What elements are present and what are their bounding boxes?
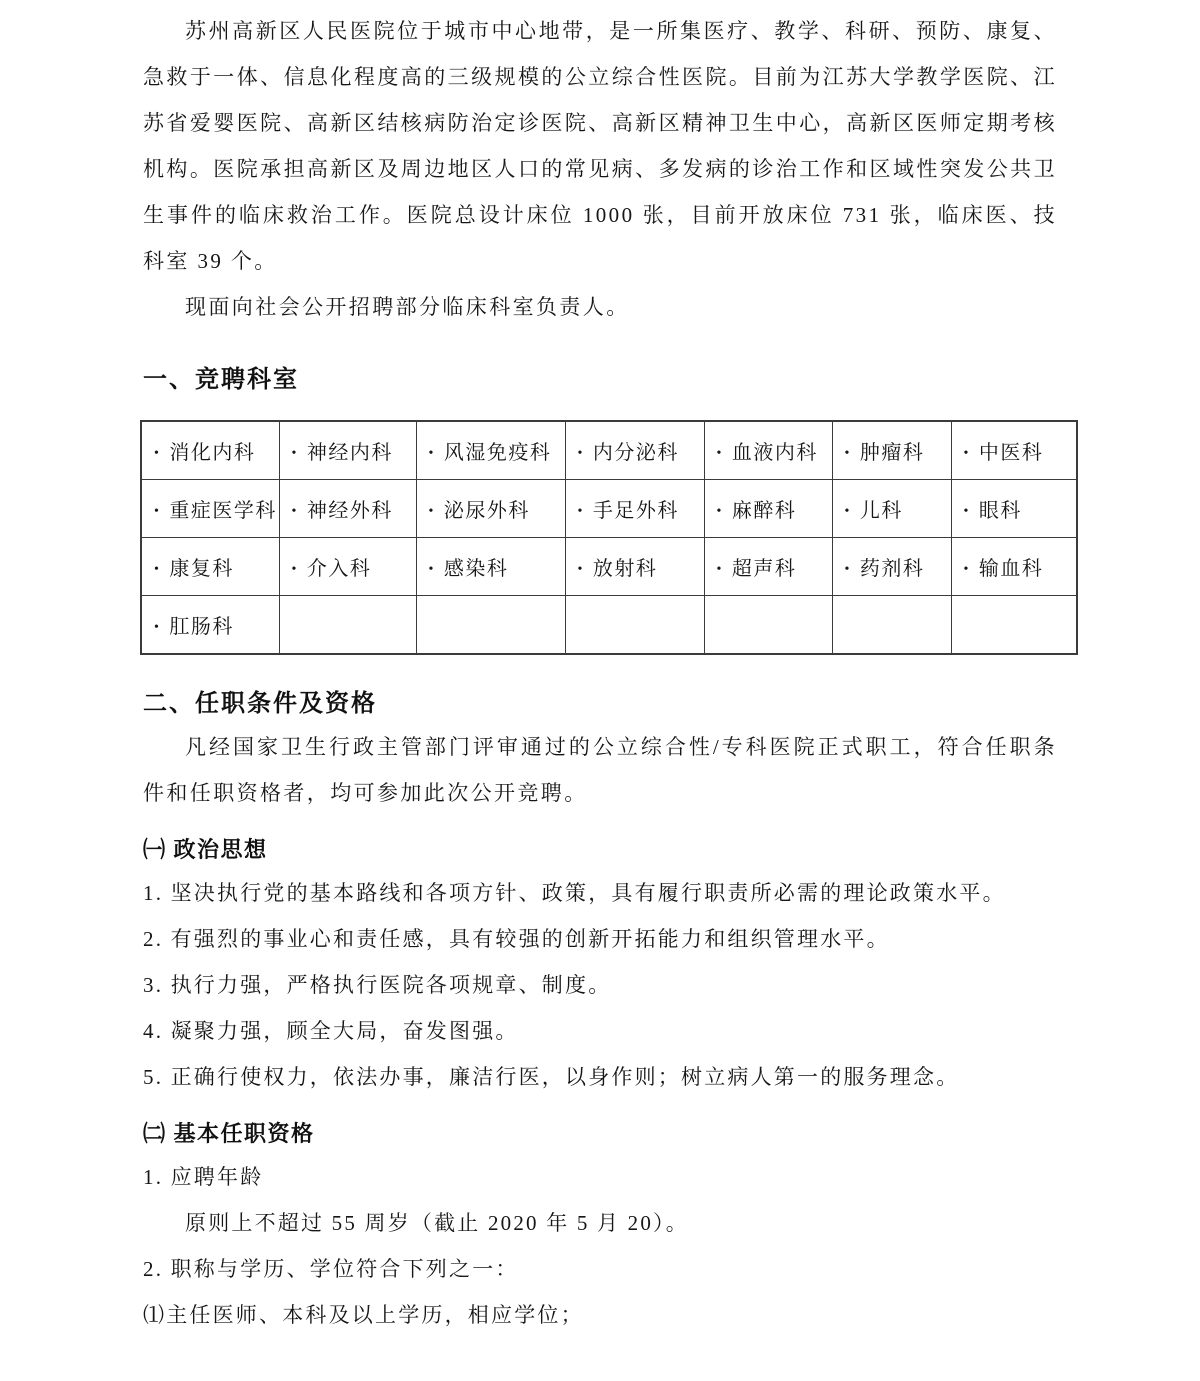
department-cell (704, 596, 832, 655)
bullet-icon: • (154, 562, 160, 578)
department-label: 肿瘤科 (860, 442, 925, 464)
bullet-icon: • (429, 562, 435, 578)
bullet-icon: • (845, 504, 851, 520)
section1-heading: 一、竞聘科室 (143, 360, 1057, 400)
bullet-icon: • (717, 504, 723, 520)
bullet-icon: • (154, 504, 160, 520)
list-item: 4. 凝聚力强，顾全大局，奋发图强。 (143, 1008, 1057, 1054)
department-label: 神经内科 (307, 442, 393, 464)
department-cell: •风湿免疫科 (416, 421, 565, 480)
bullet-icon: • (154, 446, 160, 462)
departments-table-body: •消化内科•神经内科•风湿免疫科•内分泌科•血液内科•肿瘤科•中医科•重症医学科… (141, 421, 1077, 654)
department-cell: •放射科 (565, 538, 704, 596)
bullet-icon: • (964, 504, 970, 520)
departments-table: •消化内科•神经内科•风湿免疫科•内分泌科•血液内科•肿瘤科•中医科•重症医学科… (140, 420, 1078, 655)
department-cell (951, 596, 1077, 655)
department-cell: •介入科 (279, 538, 416, 596)
list-item: 2. 职称与学历、学位符合下列之一： (143, 1246, 1057, 1292)
subsection1-heading: ㈠ 政治思想 (143, 830, 1057, 870)
department-label: 药剂科 (860, 558, 925, 580)
department-cell: •神经内科 (279, 421, 416, 480)
table-row: •消化内科•神经内科•风湿免疫科•内分泌科•血液内科•肿瘤科•中医科 (141, 421, 1077, 480)
department-label: 超声科 (732, 558, 797, 580)
department-cell: •肛肠科 (141, 596, 279, 655)
list-item: 原则上不超过 55 周岁（截止 2020 年 5 月 20）。 (143, 1200, 1057, 1246)
bullet-icon: • (578, 446, 584, 462)
department-label: 麻醉科 (732, 500, 797, 522)
bullet-icon: • (292, 446, 298, 462)
department-cell: •输血科 (951, 538, 1077, 596)
department-label: 手足外科 (593, 500, 679, 522)
subsection2-heading: ㈡ 基本任职资格 (143, 1114, 1057, 1154)
department-label: 消化内科 (169, 442, 255, 464)
bullet-icon: • (292, 562, 298, 578)
department-cell: •超声科 (704, 538, 832, 596)
department-label: 输血科 (979, 558, 1044, 580)
bullet-icon: • (578, 562, 584, 578)
department-cell: •血液内科 (704, 421, 832, 480)
political-requirements-list: 1. 坚决执行党的基本路线和各项方针、政策，具有履行职责所必需的理论政策水平。 … (143, 870, 1057, 1100)
bullet-icon: • (429, 504, 435, 520)
department-cell: •眼科 (951, 480, 1077, 538)
department-label: 神经外科 (307, 500, 393, 522)
department-label: 康复科 (169, 558, 234, 580)
bullet-icon: • (578, 504, 584, 520)
bullet-icon: • (429, 446, 435, 462)
department-label: 感染科 (444, 558, 509, 580)
intro-paragraph: 苏州高新区人民医院位于城市中心地带，是一所集医疗、教学、科研、预防、康复、急救于… (143, 8, 1057, 284)
department-label: 肛肠科 (169, 616, 234, 638)
department-cell (832, 596, 951, 655)
department-cell: •儿科 (832, 480, 951, 538)
department-cell: •麻醉科 (704, 480, 832, 538)
table-row: •重症医学科•神经外科•泌尿外科•手足外科•麻醉科•儿科•眼科 (141, 480, 1077, 538)
department-cell: •重症医学科 (141, 480, 279, 538)
bullet-icon: • (845, 446, 851, 462)
department-cell: •消化内科 (141, 421, 279, 480)
announcement-paragraph: 现面向社会公开招聘部分临床科室负责人。 (143, 284, 1057, 330)
table-row: •肛肠科 (141, 596, 1077, 655)
bullet-icon: • (292, 504, 298, 520)
department-label: 风湿免疫科 (444, 442, 552, 464)
bullet-icon: • (717, 562, 723, 578)
department-label: 血液内科 (732, 442, 818, 464)
department-cell (279, 596, 416, 655)
department-label: 重症医学科 (169, 500, 277, 522)
department-label: 介入科 (307, 558, 372, 580)
eligibility-paragraph: 凡经国家卫生行政主管部门评审通过的公立综合性/专科医院正式职工，符合任职条件和任… (143, 724, 1057, 816)
bullet-icon: • (845, 562, 851, 578)
bullet-icon: • (154, 620, 160, 636)
list-item: 1. 应聘年龄 (143, 1154, 1057, 1200)
department-cell: •手足外科 (565, 480, 704, 538)
department-label: 眼科 (979, 500, 1022, 522)
department-label: 泌尿外科 (444, 500, 530, 522)
department-cell: •药剂科 (832, 538, 951, 596)
department-cell: •康复科 (141, 538, 279, 596)
department-cell: •感染科 (416, 538, 565, 596)
basic-qualifications-list: 1. 应聘年龄 原则上不超过 55 周岁（截止 2020 年 5 月 20）。 … (143, 1154, 1057, 1338)
department-cell (565, 596, 704, 655)
list-item: 5. 正确行使权力，依法办事，廉洁行医，以身作则；树立病人第一的服务理念。 (143, 1054, 1057, 1100)
list-item: 3. 执行力强，严格执行医院各项规章、制度。 (143, 962, 1057, 1008)
bullet-icon: • (717, 446, 723, 462)
section2-heading: 二、任职条件及资格 (143, 684, 1057, 724)
list-item: 2. 有强烈的事业心和责任感，具有较强的创新开拓能力和组织管理水平。 (143, 916, 1057, 962)
table-row: •康复科•介入科•感染科•放射科•超声科•药剂科•输血科 (141, 538, 1077, 596)
department-label: 儿科 (860, 500, 903, 522)
department-label: 内分泌科 (593, 442, 679, 464)
department-label: 放射科 (593, 558, 658, 580)
bullet-icon: • (964, 446, 970, 462)
department-label: 中医科 (979, 442, 1044, 464)
bullet-icon: • (964, 562, 970, 578)
department-cell: •神经外科 (279, 480, 416, 538)
department-cell: •内分泌科 (565, 421, 704, 480)
list-item: 1. 坚决执行党的基本路线和各项方针、政策，具有履行职责所必需的理论政策水平。 (143, 870, 1057, 916)
department-cell (416, 596, 565, 655)
department-cell: •泌尿外科 (416, 480, 565, 538)
department-cell: •肿瘤科 (832, 421, 951, 480)
document-page: 苏州高新区人民医院位于城市中心地带，是一所集医疗、教学、科研、预防、康复、急救于… (0, 0, 1200, 1381)
department-cell: •中医科 (951, 421, 1077, 480)
list-item: ⑴主任医师、本科及以上学历，相应学位； (143, 1292, 1057, 1338)
